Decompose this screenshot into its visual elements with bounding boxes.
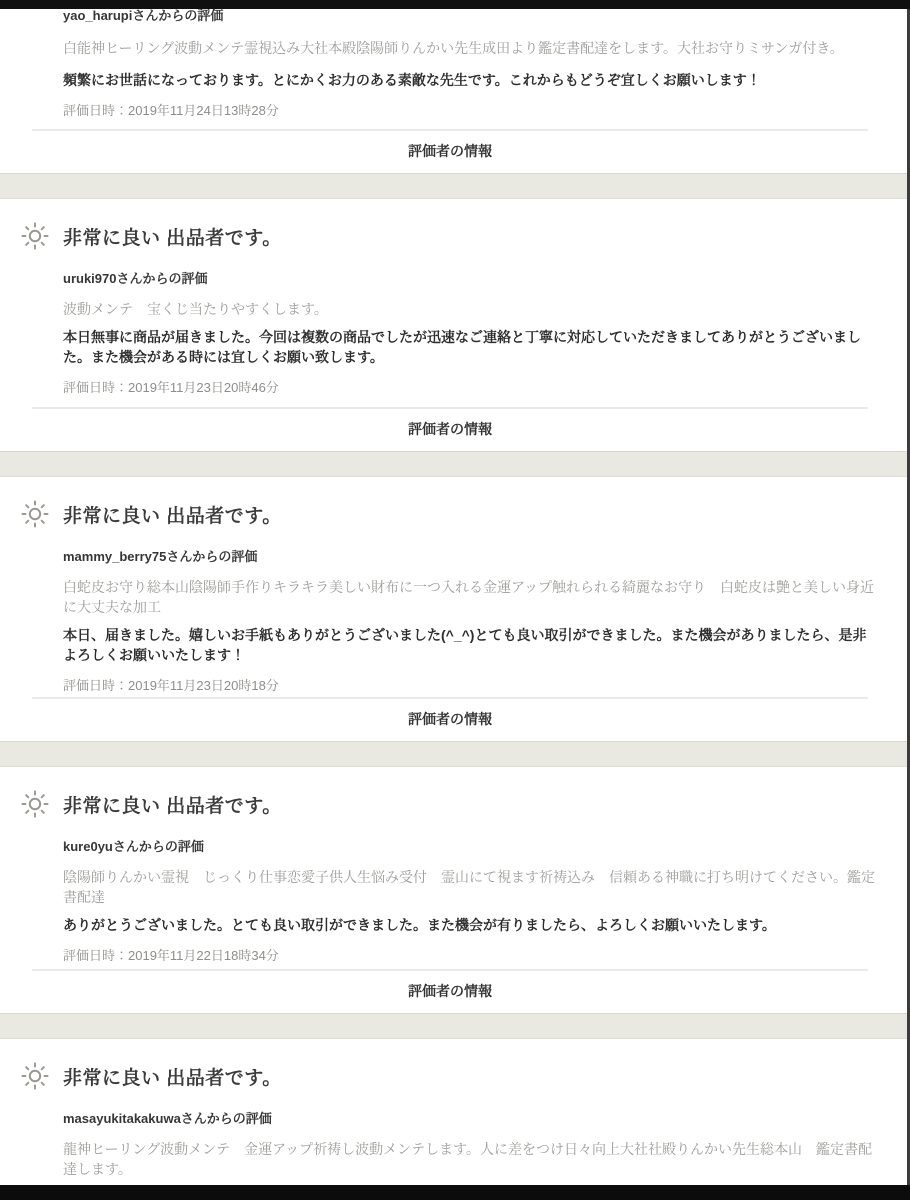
rating-row: 非常に良い 出品者です。 (20, 1061, 880, 1091)
review-card: 非常に良い 出品者です。 uruki970さんからの評価 波動メンテ 宝くじ当た… (0, 199, 910, 451)
rating-label: 非常に良い 出品者です。 (63, 1063, 282, 1090)
sun-rating-icon (20, 221, 50, 251)
review-card: 非常に良い 出品者です。 mammy_berry75さんからの評価 白蛇皮お守り… (0, 477, 910, 741)
rating-label: 非常に良い 出品者です。 (63, 501, 282, 528)
review-comment: 本日、届きました。嬉しいお手紙もありがとうございました(^_^)とても良い取引が… (63, 625, 880, 665)
rater-info-link[interactable]: 評価者の情報 (20, 409, 880, 451)
sun-rating-icon (20, 789, 50, 819)
review-card: yao_harupiさんからの評価 白能神ヒーリング波動メンテ霊視込み大社本殿陰… (0, 0, 910, 173)
rating-label: 非常に良い 出品者です。 (63, 791, 282, 818)
review-date: 評価日時：2019年11月23日20時46分 (63, 377, 880, 396)
sun-rating-icon (20, 1061, 50, 1091)
review-card: 非常に良い 出品者です。 masayukitakakuwaさんからの評価 龍神ヒ… (0, 1039, 910, 1200)
auction-item-title: 白蛇皮お守り総本山陰陽師手作りキラキラ美しい財布に一つ入れる金運アップ触れられる… (63, 577, 880, 617)
rating-row: 非常に良い 出品者です。 (20, 221, 880, 251)
reviewer-name: uruki970さんからの評価 (63, 268, 880, 287)
rating-row: 非常に良い 出品者です。 (20, 789, 880, 819)
separator-band (0, 1013, 910, 1039)
auction-item-title: 白能神ヒーリング波動メンテ霊視込み大社本殿陰陽師りんかい先生成田より鑑定書配達を… (63, 38, 880, 58)
separator-band (0, 173, 910, 199)
reviewer-name: kure0yuさんからの評価 (63, 836, 880, 855)
bottom-crop-bar (0, 1185, 910, 1200)
review-date: 評価日時：2019年11月24日13時28分 (63, 100, 880, 119)
sun-rating-icon (20, 499, 50, 529)
review-date: 評価日時：2019年11月22日18時34分 (63, 945, 880, 964)
review-card: 非常に良い 出品者です。 kure0yuさんからの評価 陰陽師りんかい霊視 じっ… (0, 767, 910, 1013)
reviewer-name: masayukitakakuwaさんからの評価 (63, 1108, 880, 1127)
feedback-page: yao_harupiさんからの評価 白能神ヒーリング波動メンテ霊視込み大社本殿陰… (0, 0, 910, 1200)
review-comment: ありがとうございました。とても良い取引ができました。また機会が有りましたら、よろ… (63, 915, 880, 935)
reviewer-name: mammy_berry75さんからの評価 (63, 546, 880, 565)
separator-band (0, 451, 910, 477)
separator-band (0, 741, 910, 767)
rater-info-link[interactable]: 評価者の情報 (20, 971, 880, 1013)
rater-info-link[interactable]: 評価者の情報 (20, 131, 880, 173)
rating-row: 非常に良い 出品者です。 (20, 499, 880, 529)
review-comment: 頻繁にお世話になっております。とにかくお力のある素敵な先生です。これからもどうぞ… (63, 70, 880, 90)
auction-item-title: 龍神ヒーリング波動メンテ 金運アップ祈祷し波動メンテします。人に差をつけ日々向上… (63, 1139, 880, 1179)
review-date: 評価日時：2019年11月23日20時18分 (63, 675, 880, 694)
auction-item-title: 陰陽師りんかい霊視 じっくり仕事恋愛子供人生悩み受付 霊山にて視ます祈祷込み 信… (63, 867, 880, 907)
rater-info-link[interactable]: 評価者の情報 (20, 699, 880, 741)
top-crop-bar (0, 0, 910, 9)
rating-label: 非常に良い 出品者です。 (63, 223, 282, 250)
auction-item-title: 波動メンテ 宝くじ当たりやすくします。 (63, 299, 880, 319)
review-comment: 本日無事に商品が届きました。今回は複数の商品でしたが迅速なご連絡と丁寧に対応して… (63, 327, 880, 367)
